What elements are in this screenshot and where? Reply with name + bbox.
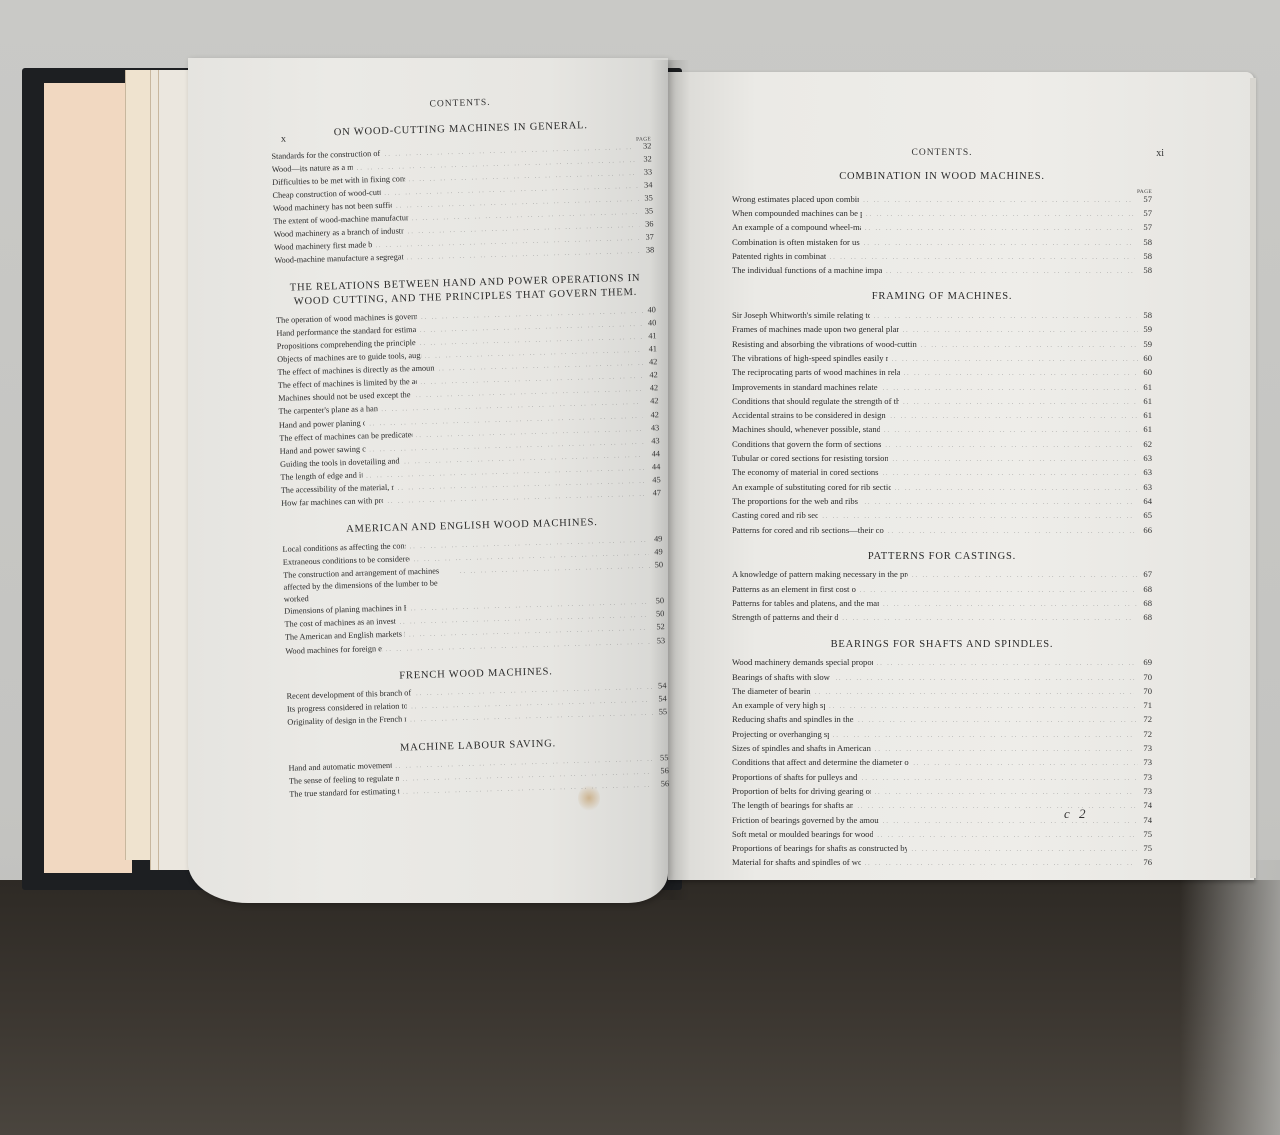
entry-title: Patterns for tables and platens, and the… xyxy=(732,597,879,609)
contents-entry: Proportion of belts for driving gearing … xyxy=(732,785,1152,799)
endpaper xyxy=(44,83,132,873)
entry-title: Frames of machines made upon two general… xyxy=(732,323,899,335)
entry-page-number: 74 xyxy=(1140,799,1152,811)
entry-title: An example of substituting cored for rib… xyxy=(732,481,891,493)
entry-page-number: 56 xyxy=(658,765,669,777)
dot-leader xyxy=(903,325,1138,337)
entry-title: Patterns as an element in first cost of … xyxy=(732,583,856,595)
entry-page-number: 73 xyxy=(1142,756,1152,768)
entry-page-number: 60 xyxy=(1142,352,1153,364)
contents-entry: Proportions of shafts for pulleys and fo… xyxy=(732,771,1152,785)
contents-entry: Combination is often mistaken for useful… xyxy=(732,236,1152,250)
entry-title: Tubular or cored sections for resisting … xyxy=(732,452,888,464)
dot-leader xyxy=(875,744,1137,756)
entry-page-number: 38 xyxy=(644,245,654,257)
dot-leader xyxy=(877,658,1137,670)
entry-page-number: 63 xyxy=(1142,481,1152,493)
dot-leader xyxy=(892,454,1137,466)
entry-page-number: 44 xyxy=(648,461,660,473)
entry-page-number: 45 xyxy=(650,474,661,486)
entry-title: The vibrations of high-speed spindles ea… xyxy=(732,352,888,364)
dot-leader xyxy=(913,758,1138,770)
section-title: PATTERNS FOR CASTINGS. xyxy=(732,550,1152,564)
section-title: COMBINATION IN WOOD MACHINES. xyxy=(732,170,1152,184)
entry-title: Sir Joseph Whitworth's simile relating t… xyxy=(732,309,870,321)
entry-page-number: 41 xyxy=(647,330,657,342)
entry-page-number: 73 xyxy=(1141,742,1152,754)
entry-title: Proportions of shafts for pulleys and fo… xyxy=(732,771,858,783)
entry-page-number: 64 xyxy=(1140,495,1152,507)
entry-page-number: 42 xyxy=(647,396,659,408)
contents-entry: Bearings of shafts with slow motion70 xyxy=(732,671,1152,685)
entry-title: Wrong estimates placed upon combining fu… xyxy=(732,193,859,205)
contents-entry: Projecting or overhanging spindles72 xyxy=(732,728,1152,742)
dot-leader xyxy=(883,383,1137,395)
contents-entry: An example of very high speed ..71 xyxy=(732,699,1152,713)
dot-leader xyxy=(883,599,1137,611)
contents-entry: The reciprocating parts of wood machines… xyxy=(732,366,1152,380)
entry-title: Wood machines for foreign exportation .. xyxy=(285,643,382,658)
entry-title: Patterns for cored and rib sections—thei… xyxy=(732,524,884,536)
entry-title: Projecting or overhanging spindles xyxy=(732,728,829,740)
dot-leader xyxy=(860,585,1136,597)
dot-leader xyxy=(865,858,1137,870)
entry-title: An example of very high speed .. xyxy=(732,699,825,711)
entry-page-number: 74 xyxy=(1141,814,1152,826)
contents-entry: Soft metal or moulded bearings for wood-… xyxy=(732,828,1152,842)
entry-page-number: 58 xyxy=(1141,264,1152,276)
section-title: THE RELATIONS BETWEEN HAND AND POWER OPE… xyxy=(275,272,656,310)
dot-leader xyxy=(864,238,1137,250)
dot-leader xyxy=(858,715,1136,727)
contents-entry: The length of bearings for shafts and sp… xyxy=(732,799,1152,813)
dot-leader xyxy=(862,773,1136,785)
entry-title: Hand and power planing contrasted xyxy=(279,417,366,431)
folio: x xyxy=(281,134,286,145)
entry-page-number: 61 xyxy=(1141,423,1152,435)
entry-page-number: 68 xyxy=(1140,583,1152,595)
entry-page-number: 36 xyxy=(643,219,653,231)
entry-title: The length of bearings for shafts and sp… xyxy=(732,799,853,811)
contents-entry: The economy of material in cored section… xyxy=(732,466,1152,480)
entry-title: Conditions that should regulate the stre… xyxy=(732,395,899,407)
contents-entry: Patterns for tables and platens, and the… xyxy=(732,597,1152,611)
entry-page-number: 76 xyxy=(1140,856,1152,868)
dot-leader xyxy=(822,511,1134,523)
entry-page-number: 32 xyxy=(640,140,651,152)
entry-page-number: 55 xyxy=(657,752,668,764)
entry-title: Material for shafts and spindles of wood… xyxy=(732,856,861,868)
dot-leader xyxy=(815,687,1134,699)
entry-page-number: 73 xyxy=(1141,785,1152,797)
entry-page-number: 35 xyxy=(642,192,653,204)
entry-page-number: 63 xyxy=(1141,466,1152,478)
entry-page-number: 59 xyxy=(1142,323,1152,335)
page-edge xyxy=(1250,78,1256,878)
entry-page-number: 71 xyxy=(1139,699,1152,711)
entry-page-number: 62 xyxy=(1141,438,1152,450)
contents-entry: Strength of patterns and their durabilit… xyxy=(732,611,1152,625)
contents-entry: Tubular or cored sections for resisting … xyxy=(732,452,1152,466)
entry-title: Friction of bearings governed by the amo… xyxy=(732,814,879,826)
folio: xi xyxy=(1156,148,1164,159)
entry-title: Wood-machine manufacture a segregated br… xyxy=(274,252,403,268)
signature-mark: c 2 xyxy=(1064,806,1089,822)
entry-page-number: 75 xyxy=(1141,828,1152,840)
contents-sections: COMBINATION IN WOOD MACHINES.PAGEWrong e… xyxy=(732,170,1152,871)
contents-entry: Casting cored and rib sections65 xyxy=(732,509,1152,523)
entry-page-number: 35 xyxy=(643,205,653,217)
entry-title: Hand and power sawing contrasted xyxy=(280,443,366,457)
dot-leader xyxy=(883,468,1138,480)
entry-page-number: 58 xyxy=(1139,250,1152,262)
dot-leader xyxy=(883,816,1137,828)
dot-leader xyxy=(865,223,1136,235)
entry-page-number: 32 xyxy=(640,153,652,165)
entry-page-number: 50 xyxy=(654,609,665,621)
entry-page-number: 47 xyxy=(650,487,661,499)
entry-page-number: 43 xyxy=(648,435,660,447)
entry-page-number: 50 xyxy=(654,595,665,607)
dot-leader xyxy=(842,613,1135,625)
entry-title: Proportions of bearings for shafts as co… xyxy=(732,842,907,854)
entry-page-number: 63 xyxy=(1142,452,1152,464)
entry-title: Conditions that affect and determine the… xyxy=(732,756,909,768)
entry-title: Patented rights in combinations .. xyxy=(732,250,826,262)
entry-page-number: 54 xyxy=(656,680,666,692)
dot-leader xyxy=(884,425,1137,437)
section-title: FRAMING OF MACHINES. xyxy=(732,290,1152,304)
dot-leader xyxy=(866,209,1136,221)
dot-leader xyxy=(877,830,1137,842)
dot-leader xyxy=(829,701,1135,713)
dot-leader xyxy=(912,570,1138,582)
entry-title: The length of edge and its results xyxy=(280,469,362,483)
entry-title: Improvements in standard machines relate… xyxy=(732,381,879,393)
contents-entry: Conditions that govern the form of secti… xyxy=(732,438,1152,452)
dot-leader xyxy=(874,311,1137,323)
contents-entry: Improvements in standard machines relate… xyxy=(732,381,1152,395)
contents-entry: Conditions that affect and determine the… xyxy=(732,756,1152,770)
entry-page-number: 65 xyxy=(1139,509,1152,521)
entry-page-number: 72 xyxy=(1140,713,1152,725)
contents-entry: Patterns as an element in first cost of … xyxy=(732,583,1152,597)
entry-page-number: 66 xyxy=(1141,524,1152,536)
entry-title: Conditions that govern the form of secti… xyxy=(732,438,881,450)
contents-entry: Frames of machines made upon two general… xyxy=(732,323,1152,337)
entry-title: Casting cored and rib sections xyxy=(732,509,818,521)
dot-leader xyxy=(911,844,1138,856)
entry-page-number: 58 xyxy=(1141,309,1152,321)
entry-page-number: 73 xyxy=(1140,771,1152,783)
dot-leader xyxy=(833,730,1135,742)
entry-page-number: 52 xyxy=(654,622,665,634)
contents-entry: Sizes of spindles and shafts in American… xyxy=(732,742,1152,756)
entry-page-number: 59 xyxy=(1143,338,1152,350)
entry-page-number: 49 xyxy=(652,533,663,545)
entry-page-number: 58 xyxy=(1140,236,1152,248)
contents-entry: An example of substituting cored for rib… xyxy=(732,481,1152,495)
entry-page-number: 37 xyxy=(642,232,654,244)
dot-leader xyxy=(864,497,1136,509)
entry-title: Strength of patterns and their durabilit… xyxy=(732,611,838,623)
contents-entry: Wood machinery demands special proportio… xyxy=(732,656,1152,670)
entry-title: An example of a compound wheel-making ma… xyxy=(732,221,861,233)
dot-leader xyxy=(890,411,1137,423)
entry-title: When compounded machines can be profitab… xyxy=(732,207,862,219)
entry-page-number: 75 xyxy=(1142,842,1152,854)
entry-page-number: 42 xyxy=(647,409,659,421)
dot-leader xyxy=(892,354,1138,366)
contents-entry: Resisting and absorbing the vibrations o… xyxy=(732,338,1152,352)
entry-page-number: 61 xyxy=(1142,395,1152,407)
dot-leader xyxy=(863,195,1136,207)
dot-leader xyxy=(885,440,1137,452)
entry-title: Wood—its nature as a material .. xyxy=(272,161,353,175)
contents-entry: The proportions for the web and ribs of … xyxy=(732,495,1152,509)
entry-title: Combination is often mistaken for useful… xyxy=(732,236,860,248)
entry-page-number: 61 xyxy=(1141,409,1152,421)
contents-entry: Wrong estimates placed upon combining fu… xyxy=(732,193,1152,207)
dot-leader xyxy=(904,368,1138,380)
entry-page-number: 53 xyxy=(654,635,666,647)
entry-page-number: 42 xyxy=(648,383,658,395)
entry-page-number: 72 xyxy=(1139,728,1152,740)
entry-title: The reciprocating parts of wood machines… xyxy=(732,366,900,378)
dot-leader xyxy=(903,397,1138,409)
contents-entry: A knowledge of pattern making necessary … xyxy=(732,568,1152,582)
entry-page-number: 68 xyxy=(1141,597,1152,609)
entry-page-number: 34 xyxy=(641,179,652,191)
contents-entry: Sir Joseph Whitworth's simile relating t… xyxy=(732,309,1152,323)
contents-entry: Reducing shafts and spindles in their be… xyxy=(732,713,1152,727)
contents-entry: Material for shafts and spindles of wood… xyxy=(732,856,1152,870)
entry-title: The economy of material in cored section… xyxy=(732,466,879,478)
entry-page-number: 33 xyxy=(642,166,652,178)
entry-title: Soft metal or moulded bearings for wood-… xyxy=(732,828,873,840)
dot-leader xyxy=(888,526,1137,538)
right-page-contents: CONTENTS. xi COMBINATION IN WOOD MACHINE… xyxy=(732,148,1152,871)
entry-page-number: 56 xyxy=(658,779,669,791)
dot-leader xyxy=(836,673,1136,685)
entry-page-number: 67 xyxy=(1142,568,1152,580)
table-surface xyxy=(0,880,1280,1135)
entry-title: Machines should, whenever possible, stan… xyxy=(732,423,880,435)
entry-title: The construction and arrangement of mach… xyxy=(283,565,457,606)
entry-page-number: 40 xyxy=(646,304,656,316)
entry-title: Resisting and absorbing the vibrations o… xyxy=(732,338,917,350)
dot-leader xyxy=(830,252,1135,264)
contents-entry: Machines should, whenever possible, stan… xyxy=(732,423,1152,437)
dot-leader xyxy=(875,787,1137,799)
contents-sections: ON WOOD-CUTTING MACHINES IN GENERAL.PAGE… xyxy=(271,117,670,802)
entry-page-number: 57 xyxy=(1140,207,1152,219)
entry-page-number: 60 xyxy=(1142,366,1152,378)
contents-entry: Proportions of bearings for shafts as co… xyxy=(732,842,1152,856)
dot-leader xyxy=(921,340,1139,352)
entry-page-number: 43 xyxy=(649,422,659,434)
contents-entry: Patented rights in combinations ..58 xyxy=(732,250,1152,264)
entry-page-number: 55 xyxy=(657,707,668,719)
entry-page-number: 54 xyxy=(656,694,667,706)
entry-title: The diameter of bearings .. xyxy=(732,685,811,697)
contents-entry: Conditions that should regulate the stre… xyxy=(732,395,1152,409)
entry-title: The true standard for estimating the lab… xyxy=(289,786,399,801)
contents-entry: The individual functions of a machine im… xyxy=(732,264,1152,278)
entry-title: How far machines can with profit be appl… xyxy=(281,495,384,510)
entry-page-number: 69 xyxy=(1141,656,1152,668)
entry-page-number: 40 xyxy=(647,317,657,329)
entry-title: Originality of design in the French mach… xyxy=(287,714,406,729)
contents-entry: Patterns for cored and rib sections—thei… xyxy=(732,524,1152,538)
left-page-contents: CONTENTS. x ON WOOD-CUTTING MACHINES IN … xyxy=(270,93,669,802)
contents-entry: Accidental strains to be considered in d… xyxy=(732,409,1152,423)
wall-shadow xyxy=(1180,860,1280,1135)
entry-page-number: 44 xyxy=(649,448,660,460)
section-title: BEARINGS FOR SHAFTS AND SPINDLES. xyxy=(732,638,1152,652)
entry-page-number: 70 xyxy=(1139,671,1152,683)
entry-page-number: 70 xyxy=(1138,685,1152,697)
entry-title: The proportions for the web and ribs of … xyxy=(732,495,860,507)
dot-leader xyxy=(857,801,1136,813)
entry-title: The individual functions of a machine im… xyxy=(732,264,882,276)
entry-title: Bearings of shafts with slow motion xyxy=(732,671,832,683)
entry-page-number: 41 xyxy=(647,343,657,355)
entry-title: Accidental strains to be considered in d… xyxy=(732,409,886,421)
entry-page-number: 49 xyxy=(652,546,662,558)
entry-title: Proportion of belts for driving gearing … xyxy=(732,785,871,797)
contents-entry: When compounded machines can be profitab… xyxy=(732,207,1152,221)
entry-title: Wood machinery demands special proportio… xyxy=(732,656,873,668)
entry-page-number: 57 xyxy=(1140,193,1152,205)
entry-page-number: 42 xyxy=(648,356,657,368)
contents-entry: The vibrations of high-speed spindles ea… xyxy=(732,352,1152,366)
entry-page-number: 57 xyxy=(1140,221,1152,233)
entry-page-number: 42 xyxy=(648,370,658,382)
contents-entry: Friction of bearings governed by the amo… xyxy=(732,814,1152,828)
entry-title: Sizes of spindles and shafts in American… xyxy=(732,742,871,754)
entry-title: A knowledge of pattern making necessary … xyxy=(732,568,908,580)
contents-entry: An example of a compound wheel-making ma… xyxy=(732,221,1152,235)
entry-page-number: 68 xyxy=(1139,611,1152,623)
dot-leader xyxy=(895,483,1138,495)
dot-leader xyxy=(886,266,1137,278)
entry-page-number: 61 xyxy=(1141,381,1152,393)
contents-entry: The diameter of bearings ..70 xyxy=(732,685,1152,699)
running-head: CONTENTS. xyxy=(732,148,1152,158)
entry-title: Reducing shafts and spindles in their be… xyxy=(732,713,854,725)
entry-page-number: 50 xyxy=(655,559,664,571)
